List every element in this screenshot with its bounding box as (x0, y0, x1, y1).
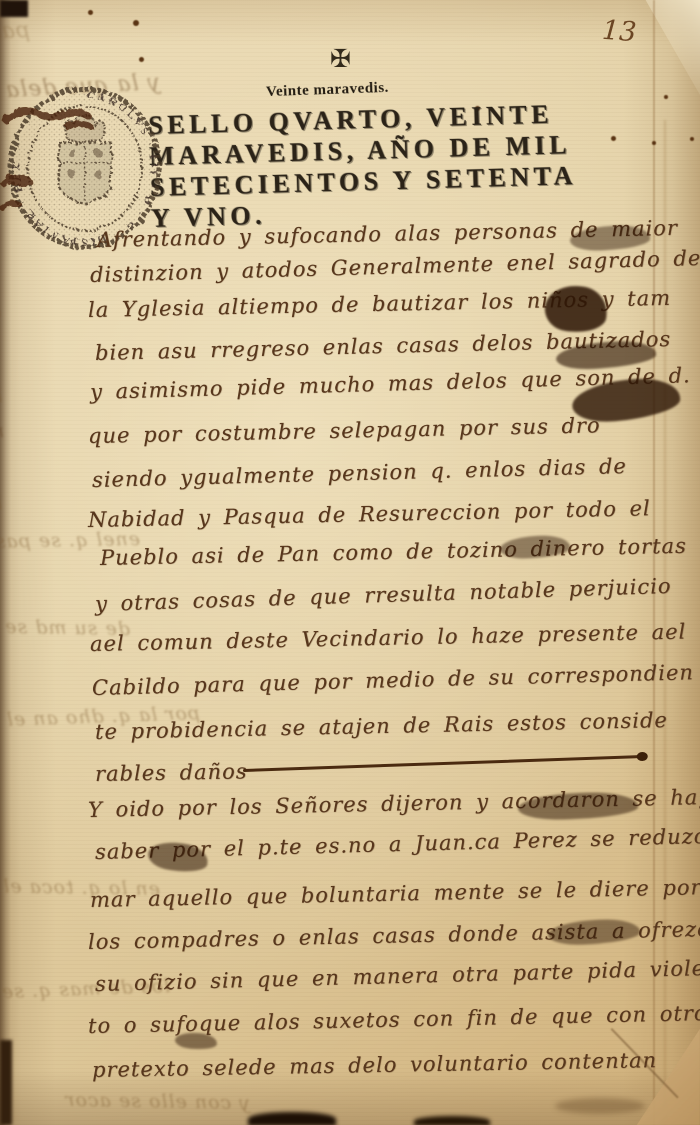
manuscript-line: y otras cosas de que rresulta notable pe… (95, 574, 672, 616)
cross-icon: ✠ (330, 44, 351, 73)
ink-dot (611, 136, 616, 141)
next-page-shadow (414, 1116, 490, 1125)
manuscript-line: Pueblo asi de Pan como de tozino dinero … (100, 534, 687, 570)
manuscript-line: siendo ygualmente pension q. enlos dias … (92, 454, 627, 492)
manuscript-line: Cabildo para que por medio de su corresp… (92, 660, 694, 700)
manuscript-page: pase enel cavildo que le son dignas y la… (0, 0, 700, 1125)
ink-dot (664, 95, 668, 99)
stain (555, 1098, 645, 1114)
scan-edge-mark (0, 1040, 12, 1125)
ink-dot (133, 20, 139, 26)
tax-value-line: Veinte maravedis. (266, 80, 389, 101)
manuscript-line: mar aquello que boluntaria mente se le d… (90, 875, 700, 912)
manuscript-line: rables daños (95, 759, 248, 786)
bleed-through-text: mel Ber (0, 420, 4, 443)
shield-charge (68, 149, 76, 157)
folio-number: 13 (601, 15, 637, 48)
manuscript-line: su ofizio sin que en manera otra parte p… (95, 956, 700, 996)
ink-dot (652, 141, 656, 145)
bleed-through-text: y con ello se acor (64, 1089, 250, 1114)
manuscript-line: que por costumbre selepagan por sus dro (88, 413, 601, 448)
ink-dot (690, 137, 694, 141)
next-page-shadow (248, 1112, 336, 1125)
manuscript-line: pretexto selede mas delo voluntario cont… (92, 1048, 658, 1082)
manuscript-line: ael comun deste Vecindario lo haze prese… (90, 620, 687, 656)
paragraph-rule (243, 755, 645, 772)
manuscript-line: Nabidad y Pasqua de Resureccion por todo… (88, 496, 651, 532)
shield-charge (94, 170, 102, 178)
shield-charge (94, 149, 102, 157)
manuscript-line: to o sufoque alos suxetos con fin de que… (88, 1001, 700, 1038)
ink-dot (88, 10, 93, 15)
shield-charge (68, 170, 76, 178)
page-corner-highlight (636, 0, 700, 95)
ink-dot (139, 57, 144, 62)
rule-end-blob (637, 752, 648, 761)
scan-corner-mark (0, 0, 28, 17)
sello-printed-header: SELLO QVARTO, VEINTE MARAVEDIS, AÑO DE M… (148, 98, 578, 234)
manuscript-line: distinzion y atodos Generalmente enel sa… (90, 246, 700, 287)
paper-crease (653, 0, 655, 1125)
